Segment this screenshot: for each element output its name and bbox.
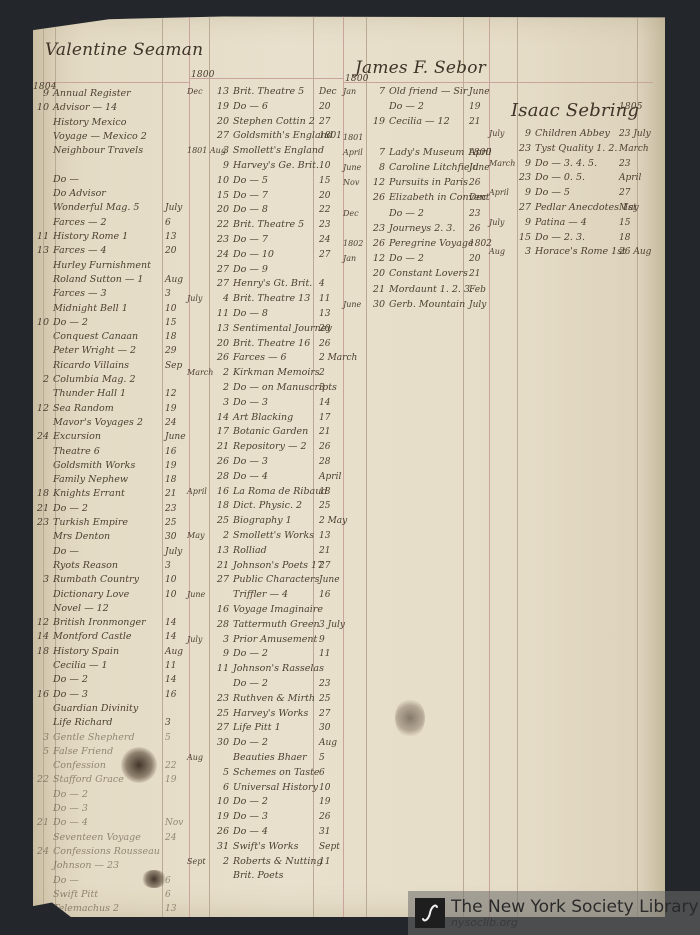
entry-title: Novel — 12 bbox=[53, 603, 109, 615]
entry-title: Kirkman Memoirs bbox=[233, 367, 320, 379]
ledger-entry: Thunder Hall 112 bbox=[33, 388, 126, 400]
ledger-entry: 27Goldsmith's England1801 bbox=[187, 130, 333, 142]
entry-return: July bbox=[165, 546, 182, 558]
entry-title: Do — 2 bbox=[233, 648, 268, 660]
entry-day: 7 bbox=[369, 147, 385, 159]
ledger-entry: Do — 219 bbox=[343, 101, 424, 113]
entry-title: Brit. Theatre 16 bbox=[233, 338, 310, 350]
entry-return: 24 bbox=[165, 832, 176, 844]
ledger-entry: Jan7Old friend — SirJune bbox=[343, 86, 467, 98]
entry-title: Guardian Divinity bbox=[53, 703, 138, 715]
ledger-entry: 22Brit. Theatre 523 bbox=[187, 219, 304, 231]
entry-day: 26 bbox=[213, 352, 229, 364]
entry-day: 26 bbox=[213, 826, 229, 838]
entry-return: 15 bbox=[319, 175, 330, 187]
entry-title: Swift Pitt bbox=[53, 889, 98, 901]
ledger-entry: March2Kirkman Memoirs2 bbox=[187, 367, 320, 379]
entry-month: Sept bbox=[187, 856, 213, 868]
ledger-entry: 26Do — 328 bbox=[187, 456, 268, 468]
ledger-entry: Neighbour Travels bbox=[33, 145, 143, 157]
entry-day: 24 bbox=[33, 846, 49, 858]
ledger-entry: July9Children Abbey23 July bbox=[489, 128, 610, 140]
entry-title: Stephen Cottin 2 bbox=[233, 116, 315, 128]
entry-return: June bbox=[165, 431, 186, 443]
entry-day: 21 bbox=[33, 503, 49, 515]
ledger-entry: May2Smollett's Works13 bbox=[187, 530, 314, 542]
ledger-entry: 6Universal History10 bbox=[187, 782, 318, 794]
entry-title: Farces — 2 bbox=[53, 217, 107, 229]
entry-day: 3 bbox=[33, 574, 49, 586]
entry-day: 19 bbox=[213, 101, 229, 113]
ledger-entry: Family Nephew18 bbox=[33, 474, 128, 486]
ledger-entry: Nov12Pursuits in Paris26 bbox=[343, 177, 468, 189]
ledger-entry: 20Constant Lovers21 bbox=[343, 268, 468, 280]
entry-day: 3 bbox=[33, 732, 49, 744]
ledger-entry bbox=[33, 160, 53, 172]
entry-month: 1801 Aug bbox=[187, 145, 213, 157]
entry-title: Peregrine Voyage bbox=[389, 238, 474, 250]
ledger-entry: Dec13Brit. Theatre 5Dec bbox=[187, 86, 304, 98]
ledger-entry: July3Prior Amusement9 bbox=[187, 634, 317, 646]
entry-day: 9 bbox=[33, 88, 49, 100]
ledger-entry: 10Do — 515 bbox=[187, 175, 268, 187]
entry-day: 12 bbox=[33, 617, 49, 629]
entry-title: Cecilia — 12 bbox=[389, 116, 450, 128]
entry-title: Do — 3. 4. 5. bbox=[535, 158, 597, 170]
entry-title: Tyst Quality 1. 2. bbox=[535, 143, 617, 155]
entry-return: 26 bbox=[319, 338, 330, 350]
entry-day: 2 bbox=[213, 530, 229, 542]
entry-title: Johnson's Poets 17 bbox=[233, 560, 323, 572]
entry-day: 21 bbox=[33, 817, 49, 829]
ledger-entry: Sept2Roberts & Nutting11 bbox=[187, 856, 323, 868]
entry-title: Gentle Shepherd bbox=[53, 732, 135, 744]
entry-day: 10 bbox=[213, 175, 229, 187]
entry-title: Pursuits in Paris bbox=[389, 177, 468, 189]
ledger-entry: 26Do — 431 bbox=[187, 826, 268, 838]
ledger-entry: 15Do — 2. 3.18 bbox=[489, 232, 585, 244]
entry-day: 20 bbox=[213, 204, 229, 216]
entry-day: 11 bbox=[213, 308, 229, 320]
entry-day: 26 bbox=[213, 456, 229, 468]
ledger-entry: Novel — 12 bbox=[33, 603, 109, 615]
ledger-entry: 3Do — 314 bbox=[187, 397, 268, 409]
entry-title: Conquest Canaan bbox=[53, 331, 138, 343]
entry-return: Aug bbox=[319, 737, 337, 749]
ledger-entry: 11Do — 813 bbox=[187, 308, 268, 320]
ledger-entry: 23Tyst Quality 1. 2.March bbox=[489, 143, 617, 155]
ledger-entry: 13Sentimental Journey20 bbox=[187, 323, 332, 335]
ledger-entry: 23Turkish Empire25 bbox=[33, 517, 128, 529]
entry-return: 14 bbox=[165, 617, 176, 629]
ledger-entry: 12Sea Random19 bbox=[33, 403, 114, 415]
entry-return: 21 bbox=[165, 488, 176, 500]
entry-return: 19 bbox=[319, 796, 330, 808]
entry-title: Prior Amusement bbox=[233, 634, 317, 646]
entry-day: 13 bbox=[33, 245, 49, 257]
entry-day: 24 bbox=[33, 431, 49, 443]
entry-return: 19 bbox=[165, 460, 176, 472]
entry-return: 20 bbox=[469, 253, 480, 265]
entry-day: 7 bbox=[369, 86, 385, 98]
entry-title: Do — 3 bbox=[53, 803, 88, 815]
entry-return: 2 May bbox=[319, 515, 347, 527]
entry-return: 16 bbox=[165, 689, 176, 701]
entry-return: 10 bbox=[319, 782, 330, 794]
entry-title: Goldsmith Works bbox=[53, 460, 135, 472]
ledger-entry: Telemachus 213 bbox=[33, 903, 119, 915]
ledger-entry: April9Do — 527 bbox=[489, 187, 570, 199]
entry-return: 31 bbox=[319, 826, 330, 838]
ledger-entry: 5Schemes on Taste6 bbox=[187, 767, 320, 779]
ledger-entry: April7Lady's Museum 1800April bbox=[343, 147, 492, 159]
entry-month: Aug bbox=[489, 246, 515, 258]
entry-title: Goldsmith's England bbox=[233, 130, 333, 142]
entry-title: History Rome 1 bbox=[53, 231, 128, 243]
entry-title: Constant Lovers bbox=[389, 268, 468, 280]
ledger-entry: 24Confessions Rousseau bbox=[33, 846, 160, 858]
ledger-entry: 180226Peregrine Voyage1802 bbox=[343, 238, 474, 250]
entry-return: 27 bbox=[619, 187, 630, 199]
entry-return: 29 bbox=[165, 345, 176, 357]
entry-title: Children Abbey bbox=[535, 128, 610, 140]
ledger-entry: April16La Roma de Ribaud18 bbox=[187, 486, 327, 498]
entry-return: 14 bbox=[165, 674, 176, 686]
year-mark: 1805 bbox=[619, 102, 643, 112]
entry-title: Voyage — Mexico 2 bbox=[53, 131, 147, 143]
entry-title: Cecilia — 1 bbox=[53, 660, 108, 672]
entry-month: July bbox=[489, 217, 515, 229]
entry-return: Feb bbox=[469, 284, 486, 296]
entry-month: May bbox=[187, 530, 213, 542]
entry-day: 27 bbox=[213, 574, 229, 586]
ledger-entry: Do — 3 bbox=[33, 803, 88, 815]
ledger-entry: Dictionary Love10 bbox=[33, 589, 129, 601]
entry-day: 28 bbox=[213, 471, 229, 483]
header-rule bbox=[43, 82, 189, 83]
ledger-entry: 9Harvey's Ge. Brit.10 bbox=[187, 160, 319, 172]
ledger-entry: 23Ruthven & Mirth25 bbox=[187, 693, 315, 705]
entry-day: 2 bbox=[213, 856, 229, 868]
entry-title: Telemachus 2 bbox=[53, 903, 119, 915]
ledger-entry: 18Dict. Physic. 225 bbox=[187, 500, 302, 512]
entry-return: April bbox=[619, 172, 641, 184]
entry-return: 30 bbox=[319, 722, 330, 734]
ledger-entry: 24ExcursionJune bbox=[33, 431, 101, 443]
ledger-entry: 12British Ironmonger14 bbox=[33, 617, 146, 629]
entry-return: Aug bbox=[165, 646, 183, 658]
entry-title: Do — 8 bbox=[233, 308, 268, 320]
entry-day: 9 bbox=[515, 158, 531, 170]
entry-title: Harvey's Works bbox=[233, 708, 308, 720]
entry-title: Do — 9 bbox=[233, 264, 268, 276]
entry-month: Nov bbox=[343, 177, 369, 189]
entry-title: Do — 2 bbox=[53, 317, 88, 329]
entry-title: Do — 3 bbox=[233, 397, 268, 409]
entry-title: Do — 2. 3. bbox=[535, 232, 585, 244]
entry-return: 6 bbox=[319, 767, 325, 779]
ledger-entry: Farces — 33 bbox=[33, 288, 107, 300]
entry-title: Brit. Theatre 13 bbox=[233, 293, 310, 305]
entry-title: Do — 4 bbox=[233, 826, 268, 838]
entry-return: 13 bbox=[319, 308, 330, 320]
ledger-entry: 10Do — 215 bbox=[33, 317, 88, 329]
entry-title: Mrs Denton bbox=[53, 531, 110, 543]
entry-return: 3 bbox=[165, 717, 171, 729]
ledger-entry: Mrs Denton30 bbox=[33, 531, 110, 543]
ledger-entry: 28Do — 4April bbox=[187, 471, 268, 483]
entry-title: Mavor's Voyages 2 bbox=[53, 417, 143, 429]
entry-day: 18 bbox=[33, 488, 49, 500]
entry-title: British Ironmonger bbox=[53, 617, 146, 629]
entry-return: 6 bbox=[165, 889, 171, 901]
entry-title: Journeys 2. 3. bbox=[389, 223, 455, 235]
entry-return: Dec bbox=[469, 192, 487, 204]
entry-day: 11 bbox=[213, 663, 229, 675]
entry-title: Do — 6 bbox=[233, 101, 268, 113]
ledger-entry: 10Advisor — 14 bbox=[33, 102, 117, 114]
entry-day: 25 bbox=[213, 515, 229, 527]
entry-title: Do — 10 bbox=[233, 249, 274, 261]
ledger-entry: 28Tattermuth Green3 July bbox=[187, 619, 320, 631]
ledger-entry: 26Farces — 62 March bbox=[187, 352, 287, 364]
entry-return: 21 bbox=[319, 545, 330, 557]
entry-title: Gerb. Mountain bbox=[389, 299, 465, 311]
entry-title: Mordaunt 1. 2. 3. bbox=[389, 284, 473, 296]
entry-title: Do — 0. 5. bbox=[535, 172, 585, 184]
entry-title: Confession bbox=[53, 760, 106, 772]
entry-title: Theatre 6 bbox=[53, 446, 100, 458]
entry-return: July bbox=[469, 299, 486, 311]
entry-day: 10 bbox=[213, 796, 229, 808]
entry-return: 23 bbox=[319, 219, 330, 231]
entry-day: 15 bbox=[515, 232, 531, 244]
entry-return: 11 bbox=[165, 660, 176, 672]
ledger-entry: 20Do — 822 bbox=[187, 204, 268, 216]
ledger-entry: Farces — 26 bbox=[33, 217, 107, 229]
entry-title: Smollett's Works bbox=[233, 530, 314, 542]
ledger-entry: 18Knights Errant21 bbox=[33, 488, 125, 500]
entry-return: 28 bbox=[319, 456, 330, 468]
entry-day: 14 bbox=[213, 412, 229, 424]
entry-title: Neighbour Travels bbox=[53, 145, 143, 157]
ink-stain bbox=[121, 747, 157, 783]
entry-day: 3 bbox=[213, 397, 229, 409]
entry-title: Schemes on Taste bbox=[233, 767, 320, 779]
ledger-entry: 13Farces — 420 bbox=[33, 245, 107, 257]
ledger-entry: 2Columbia Mag. 2 bbox=[33, 374, 136, 386]
entry-title: Do — 3 bbox=[233, 811, 268, 823]
ledger-entry: 14Montford Castle14 bbox=[33, 631, 132, 643]
entry-title: Tattermuth Green bbox=[233, 619, 320, 631]
ledger-entry: 18History SpainAug bbox=[33, 646, 119, 658]
entry-return: 20 bbox=[319, 323, 330, 335]
ledger-entry: Confession22 bbox=[33, 760, 106, 772]
entry-return: April bbox=[469, 147, 491, 159]
ledger-entry: 1801 Aug3Smollett's England bbox=[187, 145, 324, 157]
column-rule bbox=[162, 12, 163, 917]
entry-title: Ruthven & Mirth bbox=[233, 693, 315, 705]
ledger-entry: Goldsmith Works19 bbox=[33, 460, 135, 472]
entry-title: History Mexico bbox=[53, 117, 126, 129]
ledger-entry: 10Do — 219 bbox=[187, 796, 268, 808]
entry-day: 25 bbox=[213, 708, 229, 720]
ledger-entry: Voyage — Mexico 2 bbox=[33, 131, 147, 143]
entry-month: March bbox=[489, 158, 515, 170]
entry-return: 5 bbox=[319, 752, 325, 764]
entry-day: 14 bbox=[33, 631, 49, 643]
ledger-entry: Jan12Do — 220 bbox=[343, 253, 424, 265]
entry-title: Life Pitt 1 bbox=[233, 722, 281, 734]
entry-title: Annual Register bbox=[53, 88, 131, 100]
ink-stain bbox=[141, 870, 167, 888]
entry-day: 27 bbox=[213, 722, 229, 734]
entry-title: Do — 7 bbox=[233, 190, 268, 202]
ledger-entry: 21Mordaunt 1. 2. 3.Feb bbox=[343, 284, 473, 296]
ledger-entry: 21Do — 4Nov bbox=[33, 817, 88, 829]
entry-day: 16 bbox=[213, 486, 229, 498]
ledger-entry: 26Elizabeth in ConventDec bbox=[343, 192, 490, 204]
entry-return: 21 bbox=[469, 116, 480, 128]
entry-day: 9 bbox=[213, 160, 229, 172]
ledger-entry: Mavor's Voyages 224 bbox=[33, 417, 143, 429]
entry-title: Do — 5 bbox=[233, 175, 268, 187]
entry-day: 12 bbox=[369, 253, 385, 265]
entry-title: Do — bbox=[53, 174, 79, 186]
entry-title: Beauties Bhaer bbox=[233, 752, 307, 764]
ledger-entry: 27Public CharactersJune bbox=[187, 574, 319, 586]
entry-return: 2 bbox=[319, 367, 325, 379]
entry-title: Botanic Garden bbox=[233, 426, 308, 438]
ledger-entry: 5False Friend bbox=[33, 746, 113, 758]
entry-day: 16 bbox=[213, 604, 229, 616]
entry-title: Universal History bbox=[233, 782, 318, 794]
entry-day: 2 bbox=[33, 374, 49, 386]
entry-day: 27 bbox=[213, 278, 229, 290]
ledger-entry: Do — 223 bbox=[187, 678, 268, 690]
entry-title: Brit. Theatre 5 bbox=[233, 219, 304, 231]
entry-return: 23 bbox=[469, 208, 480, 220]
entry-return: 24 bbox=[165, 417, 176, 429]
entry-return: 18 bbox=[165, 331, 176, 343]
entry-month: March bbox=[187, 367, 213, 379]
entry-return: 16 bbox=[319, 589, 330, 601]
entry-return: 26 bbox=[469, 223, 480, 235]
entry-title: Voyage Imaginaire bbox=[233, 604, 323, 616]
folio-mark: 16 bbox=[39, 18, 50, 28]
ledger-entry: Hurley Furnishment bbox=[33, 260, 151, 272]
ledger-entry: 13Rolliad21 bbox=[187, 545, 267, 557]
entry-return: 22 bbox=[165, 760, 176, 772]
entry-title: Johnson — 23 bbox=[53, 860, 119, 872]
entry-return: 12 bbox=[165, 388, 176, 400]
entry-day: 3 bbox=[515, 246, 531, 258]
entry-return: 26 Aug bbox=[619, 246, 651, 258]
entry-day: 30 bbox=[213, 737, 229, 749]
entry-month: July bbox=[187, 293, 213, 305]
entry-day: 21 bbox=[369, 284, 385, 296]
ledger-entry: 17Botanic Garden21 bbox=[187, 426, 308, 438]
entry-return: 26 bbox=[319, 441, 330, 453]
entry-return: 14 bbox=[319, 397, 330, 409]
entry-return: 25 bbox=[165, 517, 176, 529]
entry-title: Do — 2 bbox=[53, 674, 88, 686]
entry-return: 19 bbox=[165, 403, 176, 415]
entry-title: Brit. Theatre 5 bbox=[233, 86, 304, 98]
ledger-entry: 19Cecilia — 1221 bbox=[343, 116, 450, 128]
entry-return: 10 bbox=[165, 303, 176, 315]
entry-day: 9 bbox=[515, 187, 531, 199]
entry-title: Seventeen Voyage bbox=[53, 832, 141, 844]
entry-return: April bbox=[319, 471, 341, 483]
entry-day: 2 bbox=[213, 382, 229, 394]
entry-title: Hurley Furnishment bbox=[53, 260, 151, 272]
entry-return: 3 bbox=[319, 382, 325, 394]
entry-title: Do — 4 bbox=[53, 817, 88, 829]
entry-day: 23 bbox=[213, 234, 229, 246]
entry-day: 26 bbox=[369, 192, 385, 204]
entry-month: April bbox=[489, 187, 515, 199]
entry-return: 23 July bbox=[619, 128, 651, 140]
entry-title: Life Richard bbox=[53, 717, 112, 729]
entry-return: March bbox=[619, 143, 649, 155]
entry-return: 21 bbox=[469, 268, 480, 280]
entry-month: Aug bbox=[187, 752, 213, 764]
entry-return: 25 bbox=[319, 693, 330, 705]
entry-month: July bbox=[489, 128, 515, 140]
entry-return: 17 bbox=[319, 412, 330, 424]
entry-return: 10 bbox=[165, 574, 176, 586]
entry-day: 23 bbox=[369, 223, 385, 235]
ledger-entry: 15Do — 720 bbox=[187, 190, 268, 202]
entry-month: Dec bbox=[343, 208, 369, 220]
entry-title: Montford Castle bbox=[53, 631, 132, 643]
entry-day: 23 bbox=[213, 693, 229, 705]
ledger-entry: 20Brit. Theatre 1626 bbox=[187, 338, 310, 350]
entry-month: Dec bbox=[187, 86, 213, 98]
watermark-title: The New York Society Library bbox=[451, 898, 699, 917]
ledger-entry: 21Do — 223 bbox=[33, 503, 88, 515]
entry-title: Repository — 2 bbox=[233, 441, 307, 453]
entry-day: 9 bbox=[515, 217, 531, 229]
ledger-entry: 3Rumbath Country10 bbox=[33, 574, 139, 586]
entry-title: Triffler — 4 bbox=[233, 589, 288, 601]
entry-day: 31 bbox=[213, 841, 229, 853]
entry-day: 20 bbox=[213, 338, 229, 350]
entry-return: 30 bbox=[165, 531, 176, 543]
ledger-entry: 27Pedlar Anecdotes 1stMay bbox=[489, 202, 637, 214]
entry-title: Do — 8 bbox=[233, 204, 268, 216]
ledger-entry: 30Do — 2Aug bbox=[187, 737, 268, 749]
entry-title: Do — 3 bbox=[53, 689, 88, 701]
entry-return: 23 bbox=[619, 158, 630, 170]
entry-day: 3 bbox=[213, 634, 229, 646]
entry-day: 19 bbox=[369, 116, 385, 128]
ledger-entry: 19Do — 326 bbox=[187, 811, 268, 823]
entry-return: 13 bbox=[165, 903, 176, 915]
entry-title: Old friend — Sir bbox=[389, 86, 467, 98]
entry-day: 16 bbox=[33, 689, 49, 701]
ledger-entry: June8Caroline LitchfieldJune bbox=[343, 162, 479, 174]
ledger-entry: Cecilia — 111 bbox=[33, 660, 108, 672]
entry-day: 22 bbox=[213, 219, 229, 231]
entry-return: 3 bbox=[165, 560, 171, 572]
entry-return: 19 bbox=[469, 101, 480, 113]
entry-return: 10 bbox=[165, 589, 176, 601]
entry-return: 10 bbox=[319, 160, 330, 172]
ledger-entry: 11History Rome 113 bbox=[33, 231, 128, 243]
entry-return: May bbox=[619, 202, 639, 214]
